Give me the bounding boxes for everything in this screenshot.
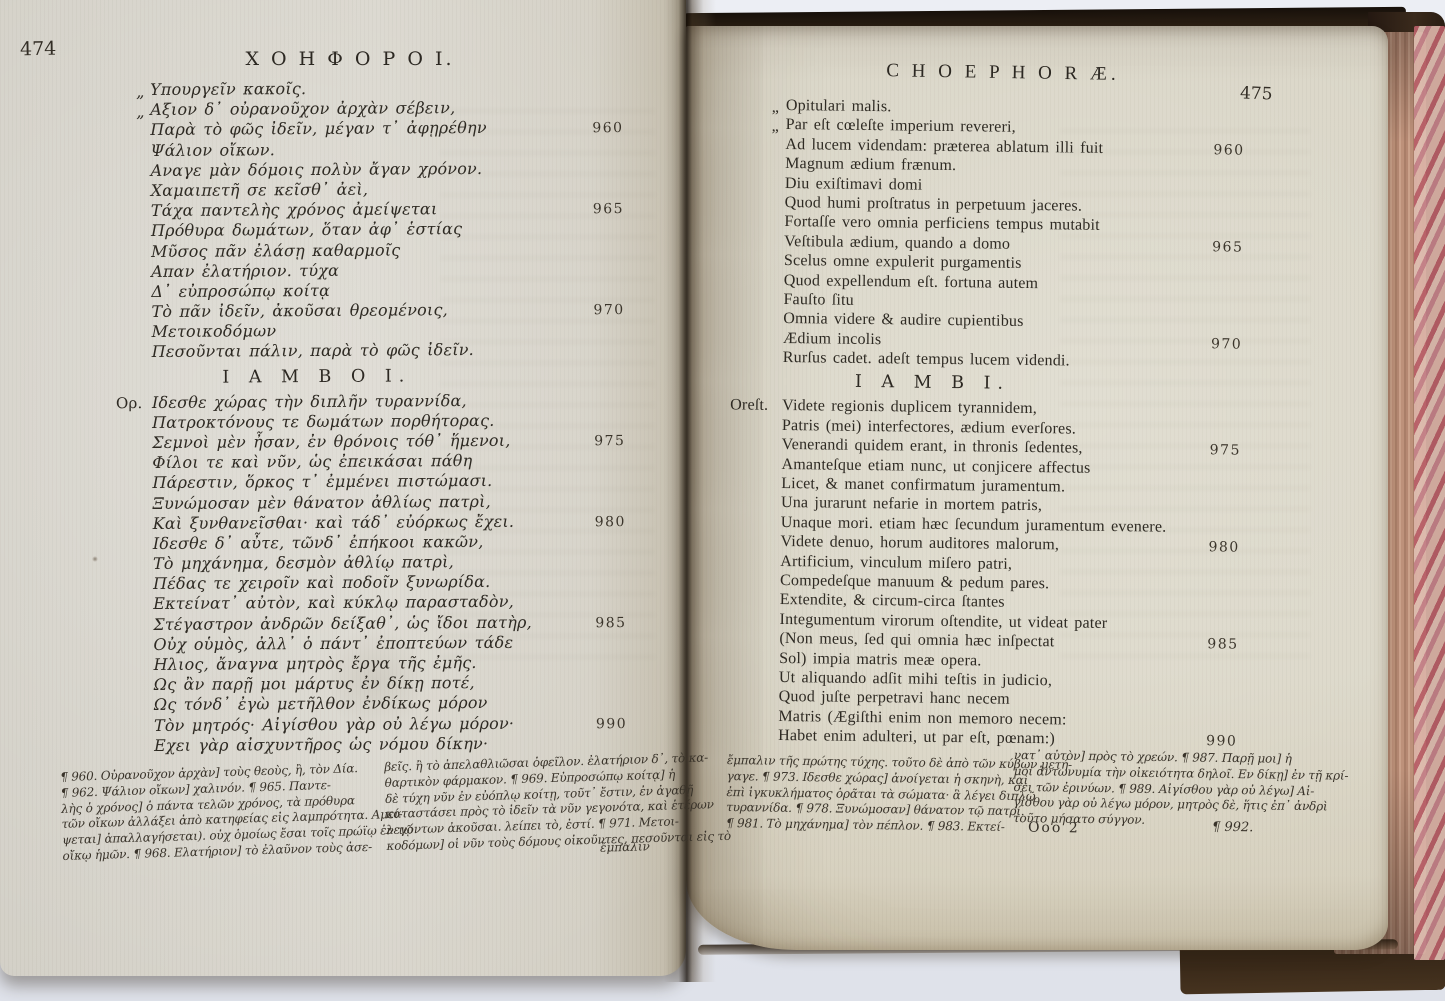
line-number: 965 bbox=[593, 199, 624, 219]
verse-text: Χαμαιπετῆ σε κεῖσθ᾽ ἀεὶ, bbox=[151, 180, 369, 200]
verse-text: Sol) impia matris meæ opera. bbox=[779, 649, 982, 668]
line-number: 970 bbox=[1211, 335, 1242, 355]
footnotes-left-col1: ¶ 960. Οὐρανοῦχον ἀρχὰν] τοὺς θεοὺς, ἢ, … bbox=[60, 761, 383, 865]
verse-text: Par eſt cœleſte imperium revereri, bbox=[786, 116, 1016, 136]
speaker-label: Oreſt. bbox=[730, 396, 768, 416]
verse-text: Τὸ πᾶν ἰδεῖν, ἀκοῦσαι θρεομένοις, bbox=[151, 300, 448, 321]
verse-text: Omnia videre & audire cupientibus bbox=[783, 310, 1024, 330]
verse-text: Quod humi proſtratus in perpetuum jacere… bbox=[785, 194, 1083, 215]
verse-text: Σεμνοὶ μὲν ἦσαν, ἐν θρόνοις τόθ᾽ ἥμενοι, bbox=[152, 431, 510, 452]
verse-text: Πρόθυρα δωμάτων, ὅταν ἀφ᾽ ἑστίας bbox=[151, 219, 462, 240]
verse-text: Rurſus cadet. adeſt tempus lucem videndi… bbox=[783, 349, 1070, 370]
quote-mark: „ bbox=[136, 102, 145, 122]
line-number: 985 bbox=[1207, 635, 1238, 655]
verse-text: Veſtibula ædium, quando a domo bbox=[784, 233, 1010, 253]
verse-text: Opitulari malis. bbox=[786, 97, 892, 115]
marbled-edge bbox=[1414, 26, 1445, 960]
verse-text: Τὸ μηχάνημα, δεσμὸν ἀθλίῳ πατρὶ, bbox=[153, 552, 454, 573]
verse-text: Ως ἂν παρῇ μοι μάρτυς ἐν δίκῃ ποτέ, bbox=[154, 673, 475, 694]
line-number: 980 bbox=[1208, 538, 1239, 558]
verse-text: Πεσοῦνται πάλιν, παρὰ τὸ φῶς ἰδεῖν. bbox=[152, 340, 474, 361]
book-photo: 474 Χ Ο Η Φ Ο Ρ Ο Ι. „Υπουργεῖν κακοῖς.„… bbox=[0, 0, 1445, 1001]
verse-text: Integumentum virorum oſtendite, ut videa… bbox=[780, 611, 1108, 632]
quote-mark: „ bbox=[136, 82, 145, 102]
verse-text: Αναγε μὰν δόμοις πολὺν ἄγαν χρόνον. bbox=[150, 159, 482, 180]
verse-text: Fauſto ſitu bbox=[783, 291, 854, 309]
quote-mark: „ bbox=[772, 117, 780, 136]
verse-text: Τάχα παντελὴς χρόνος ἀμείψεται bbox=[151, 199, 438, 220]
verse-text: Artificium, vinculum miſero patri, bbox=[780, 553, 1012, 573]
verse-text: Οὐχ οὑμὸς, ἀλλ᾽ ὁ πάντ᾽ ἐποπτεύων τάδε bbox=[153, 633, 513, 654]
verse-text: Ως τόνδ᾽ ἐγὼ μετῆλθον ἐνδίκως μόρον bbox=[154, 693, 488, 714]
verse-text: Una jurarunt nefarie in mortem patris, bbox=[781, 494, 1042, 514]
verse-text: Ædium incolis bbox=[783, 330, 882, 348]
verse-text: Αξιον δ᾽ οὐρανοῦχον ἀρχὰν σέβειν, bbox=[150, 98, 455, 119]
section-heading: Ι Α Μ Β Ο Ι. bbox=[152, 366, 482, 388]
verse-text: Ιδεσθε χώρας τὴν διπλῆν τυραννίδα, bbox=[152, 391, 467, 412]
verse-text: Πάρεστιν, ὅρκος τ᾽ ἐμμένει πιστώμασι. bbox=[152, 471, 492, 492]
verse-text: Quod juſte perpetravi hanc necem bbox=[779, 688, 1010, 708]
speaker-label: Ορ. bbox=[116, 393, 143, 413]
verse-text: Πατροκτόνους τε δωμάτων πορθήτορας. bbox=[152, 411, 495, 432]
line-number: 990 bbox=[1206, 732, 1237, 752]
verse-line: Εχει γὰρ αἰσχυντῆρος ὡς νόμου δίκην· bbox=[154, 733, 659, 756]
verse-text: Videte regionis duplicem tyrannidem, bbox=[782, 397, 1037, 417]
verse-text: Scelus omne expulerit purgamentis bbox=[784, 252, 1022, 272]
verse-text: Φίλοι τε καὶ νῦν, ὡς ἐπεικάσαι πάθη bbox=[152, 451, 472, 472]
verse-text: Ut aliquando adſit mihi teſtis in judici… bbox=[779, 669, 1052, 689]
running-title-right: C H O E P H O R Æ. bbox=[858, 60, 1148, 87]
verse-text: Habet enim adulteri, ut par eſt, pœnam:) bbox=[778, 727, 1055, 747]
verse-text: Δ᾽ εὐπροσώπῳ κοίτᾳ bbox=[151, 281, 330, 301]
signature-mark: Ooo 2 bbox=[1028, 820, 1080, 837]
verse-text: Extendite, & circum-circa ſtantes bbox=[780, 591, 1005, 611]
verse-text: Μῦσος πᾶν ἐλάσῃ καθαρμοῖς bbox=[151, 240, 400, 261]
verse-text: Τὸν μητρός· Αἰγίσθου γὰρ οὐ λέγω μόρον· bbox=[154, 713, 514, 734]
verse-text: Ξυνώμοσαν μὲν θάνατον ἀθλίως πατρὶ, bbox=[153, 491, 491, 512]
line-number: 975 bbox=[594, 431, 625, 451]
verse-text: Quod expellendum eſt. fortuna autem bbox=[784, 272, 1039, 292]
verse-text: Εχει γὰρ αἰσχυντῆρος ὡς νόμου δίκην· bbox=[154, 734, 488, 755]
verse-text: Fortaſſe vero omnia perficiens tempus mu… bbox=[784, 213, 1100, 234]
verse-text: Στέγαστρον ἀνδρῶν δείξαθ᾽, ὡς ἴδοι πατὴρ… bbox=[153, 612, 532, 633]
verse-text: Diu exiſtimavi domi bbox=[785, 175, 923, 194]
line-number: 960 bbox=[1213, 141, 1244, 161]
verse-text: Compedeſque manuum & pedum pares. bbox=[780, 572, 1049, 592]
verse-text: Καὶ ξυνθανεῖσθαι· καὶ τάδ᾽ εὐόρκως ἔχει. bbox=[153, 512, 515, 533]
verse-text: Ηλιος, ἄναγνα μητρὸς ἔργα τῆς ἐμῆς. bbox=[154, 653, 477, 674]
verse-text: Videte denuo, horum auditores malorum, bbox=[780, 533, 1059, 553]
verse-text: Ad lucem videndam: præterea ablatum illi… bbox=[785, 136, 1103, 157]
verse-text: Απαν ἐλατήριον. τύχα bbox=[151, 261, 339, 281]
section-heading: I A M B I. bbox=[782, 372, 1082, 395]
verse-text: Licet, & manet confirmatum juramentum. bbox=[781, 475, 1065, 495]
verse-text: Υπουργεῖν κακοῖς. bbox=[150, 79, 306, 99]
verse-text: Magnum ædium frænum. bbox=[785, 155, 956, 174]
verse-text: Venerandi quidem erant, in thronis ſeden… bbox=[782, 436, 1083, 457]
running-title-left: Χ Ο Η Φ Ο Ρ Ο Ι. bbox=[190, 48, 510, 70]
verse-text: Ιδεσθε δ᾽ αὖτε, τῶνδ᾽ ἐπήκοοι κακῶν, bbox=[153, 532, 484, 553]
verse-text: (Non meus, ſed qui omnia hæc inſpectat bbox=[779, 630, 1054, 650]
line-number: 985 bbox=[595, 613, 626, 633]
page-number-left: 474 bbox=[20, 38, 57, 61]
verse-text: Πέδας τε χειροῖν καὶ ποδοῖν ξυνωρίδα. bbox=[153, 572, 490, 593]
verse-text: Παρὰ τὸ φῶς ἰδεῖν, μέγαν τ᾽ ἀφῃρέθην bbox=[150, 118, 487, 139]
verse-text: Patris (mei) interfectores, ædium everſo… bbox=[782, 417, 1076, 438]
line-number: 960 bbox=[592, 118, 623, 138]
catchword-left: ἔμπαλιν bbox=[600, 839, 650, 854]
catchword-right: ¶ 992. bbox=[1212, 820, 1254, 836]
verse-text: Εκτείνατ᾽ αὐτὸν, καὶ κύκλῳ παρασταδὸν, bbox=[153, 592, 514, 613]
line-number: 970 bbox=[593, 300, 624, 320]
line-number: 975 bbox=[1210, 441, 1241, 461]
verse-line: Πεσοῦνται πάλιν, παρὰ τὸ φῶς ἰδεῖν. bbox=[152, 339, 657, 362]
verse-text: Ψάλιον οἴκων. bbox=[150, 140, 275, 160]
quote-mark: „ bbox=[772, 98, 780, 117]
verse-text: Amanteſque etiam nunc, ut conjicere affe… bbox=[781, 456, 1090, 477]
verse-block-right: „Opitulari malis.„Par eſt cœleſte imperi… bbox=[778, 96, 1306, 752]
line-number: 965 bbox=[1212, 238, 1243, 258]
verse-text: Μετοικοδόμων bbox=[151, 321, 276, 341]
verse-block-left: „Υπουργεῖν κακοῖς.„Αξιον δ᾽ οὐρανοῦχον ἀ… bbox=[150, 77, 659, 756]
line-number: 990 bbox=[596, 714, 627, 734]
footnotes-right-col2: νατ᾽ αὐτὸν] πρὸς τὸ χρεών. ¶ 987. Παρῇ μ… bbox=[1013, 748, 1294, 831]
footnotes-right-col1: ἔμπαλιν τῆς πρώτης τύχης. τοῦτο δὲ ἀπὸ τ… bbox=[726, 753, 1012, 836]
verse-text: Matris (Ægiſthi enim non memoro necem: bbox=[778, 708, 1066, 729]
line-number: 980 bbox=[595, 512, 626, 532]
